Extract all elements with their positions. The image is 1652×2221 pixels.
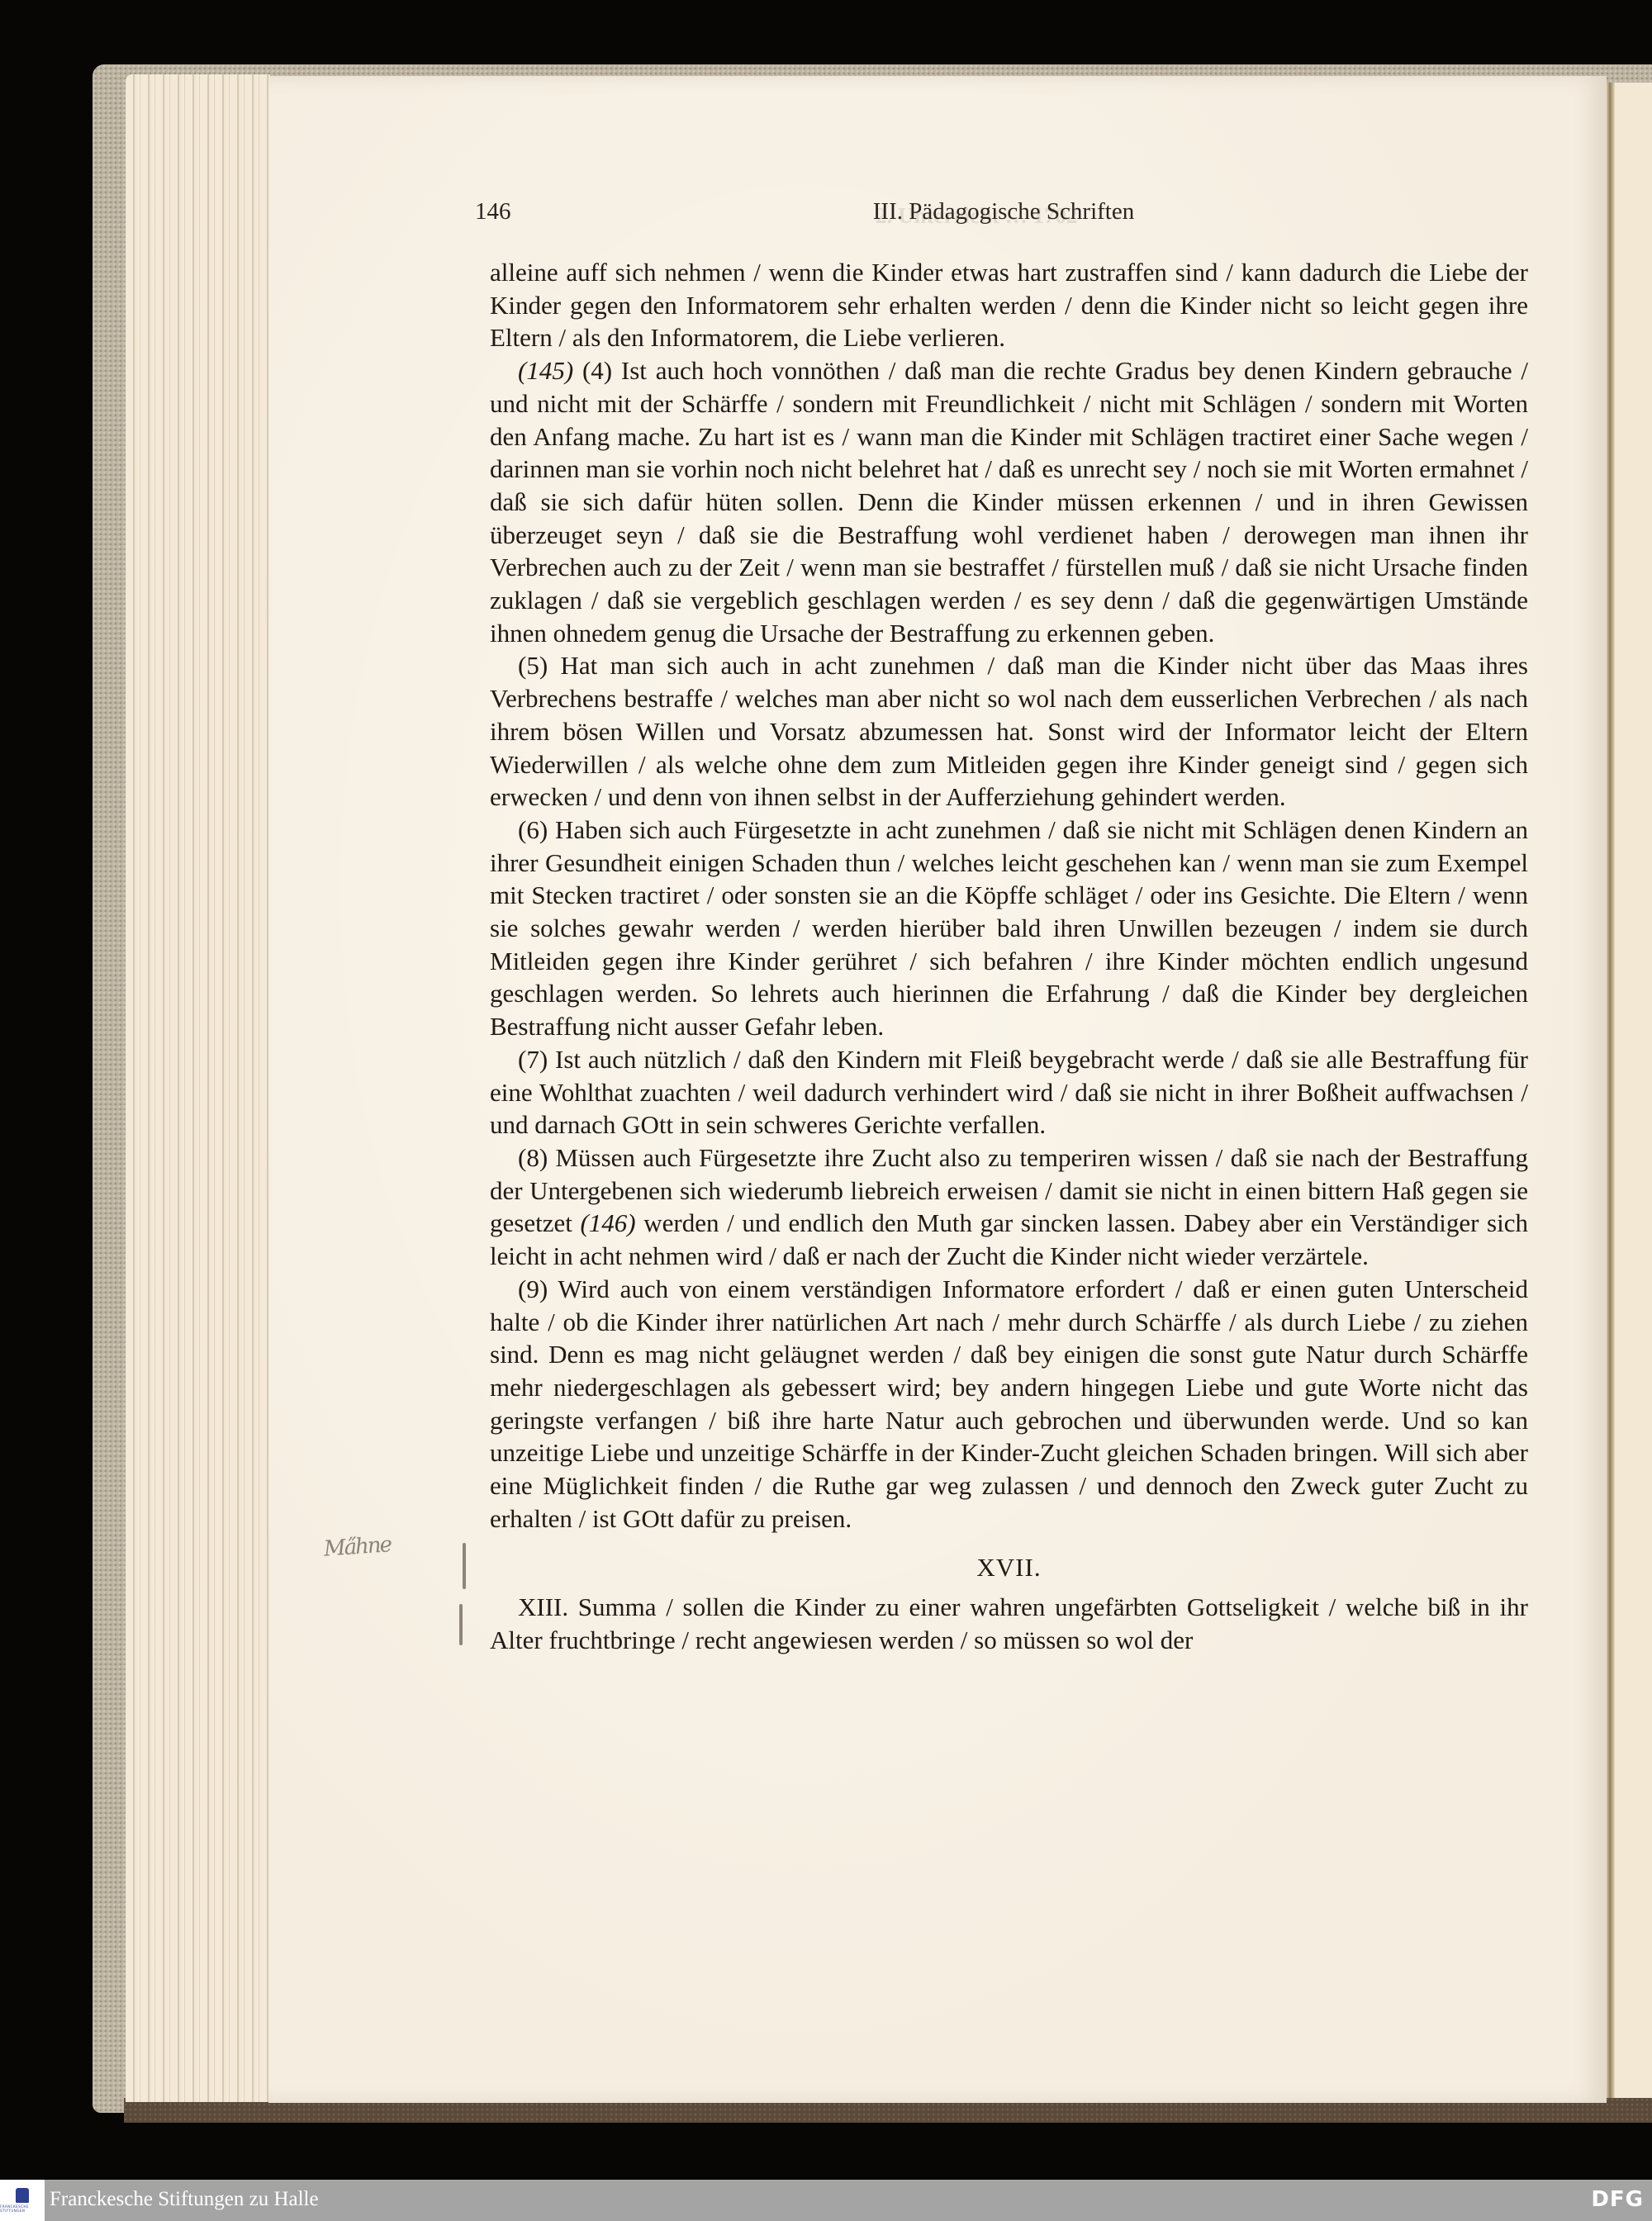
paragraph: alleine auff sich nehmen / wenn die Kind…	[490, 256, 1528, 354]
facing-page-edge	[1615, 83, 1652, 2098]
logo-caption: FRANCKESCHE STIFTUNGEN	[0, 2204, 45, 2213]
orphanage-emblem-icon	[16, 2188, 29, 2203]
handwritten-marginal-note: Ma̋hne	[323, 1532, 392, 1562]
paragraph: (5) Hat man sich auch in acht zunehmen /…	[490, 649, 1528, 814]
margin-stroke-mark	[459, 1604, 463, 1645]
page-reference: (145)	[518, 356, 573, 385]
institution-name: Franckesche Stiftungen zu Halle	[50, 2188, 319, 2211]
page-reference: (146)	[580, 1208, 635, 1237]
running-title: III. Pädagogische Schriften	[475, 198, 1532, 225]
footer-bar: FRANCKESCHE STIFTUNGEN Franckesche Stift…	[0, 2180, 1652, 2221]
dfg-logo: DFG	[1591, 2187, 1644, 2212]
book-page-edges	[126, 74, 270, 2102]
running-header: 146 III. Pädagogische Schriften	[475, 198, 1532, 231]
section-heading: XVII.	[490, 1551, 1528, 1584]
paragraph: (6) Haben sich auch Fürgesetzte in acht …	[490, 814, 1528, 1043]
paragraph: (8) Müssen auch Fürgesetzte ihre Zucht a…	[490, 1141, 1528, 1273]
page-gutter	[1607, 83, 1615, 2098]
paragraph: (7) Ist auch nützlich / daß den Kindern …	[490, 1043, 1528, 1141]
paragraph: (145) (4) Ist auch hoch vonnöthen / daß …	[490, 354, 1528, 649]
paragraph: (9) Wird auch von einem verständigen Inf…	[490, 1273, 1528, 1535]
body-text: alleine auff sich nehmen / wenn die Kind…	[490, 256, 1528, 1657]
institution-logo: FRANCKESCHE STIFTUNGEN	[0, 2180, 45, 2221]
paragraph: XIII. Summa / sollen die Kinder zu einer…	[490, 1591, 1528, 1656]
margin-stroke-mark	[463, 1543, 466, 1589]
